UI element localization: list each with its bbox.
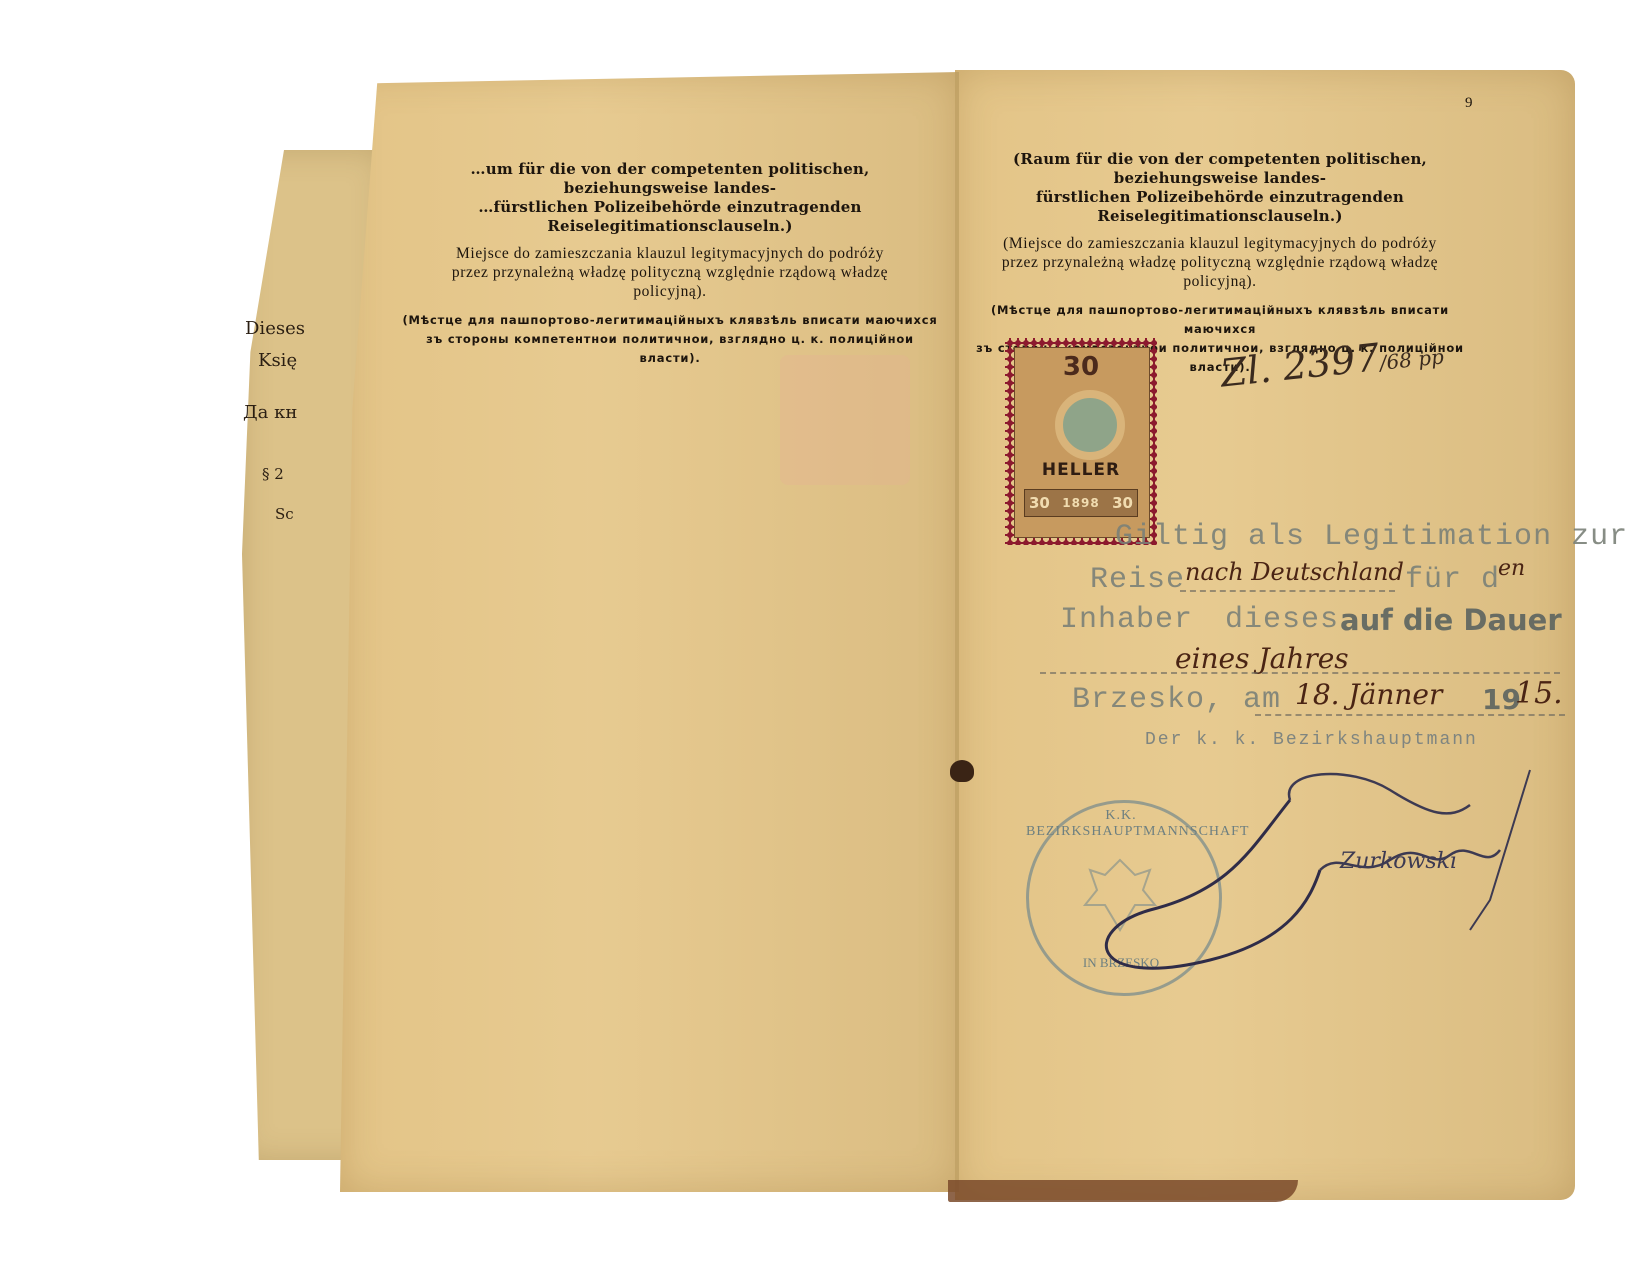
stamp-value-left: 30 [1029,494,1050,512]
text-line: …fürstlichen Polizeibehörde einzutragend… [400,198,940,236]
text-line: fürstlichen Polizeibehörde einzutragende… [960,188,1480,226]
stamp-year-band: 30 1898 30 [1024,489,1138,517]
stamp-line-3-bold: auf die Dauer [1340,603,1562,637]
handwritten-year: 15. [1515,676,1563,711]
fragment-text: Księ [258,350,297,371]
header-german: (Raum für die von der competenten politi… [960,150,1480,226]
text-line: (Мѣстце для пашпортово-легитимаційныхъ к… [400,311,940,330]
stamp-denomination: HELLER [1014,460,1148,480]
left-page-header: …um für die von der competenten politisc… [400,160,940,368]
text-line: przez przynależną władzę polityczną wzgl… [400,263,940,282]
text-line: (Raum für die von der competenten politi… [960,150,1480,188]
faded-offset-mark [780,355,910,485]
header-polish: (Miejsce do zamieszczania klauzul legity… [960,234,1480,291]
text-line: зъ стороны компетентнои политичнои, взгл… [400,330,940,349]
stamp-value-right: 30 [1112,494,1133,512]
official-title: Der k. k. Bezirkshauptmann [1145,730,1478,750]
fragment-text: Да кн [243,402,297,423]
signature-name: Zurkowski [1339,849,1457,874]
fragment-text: Sc [275,505,294,523]
worn-cover-edge [948,1180,1298,1202]
stamp-value: 30 [1014,352,1148,382]
signature-scribble: Zurkowski [1090,760,1550,980]
stamp-year: 1898 [1062,496,1099,510]
fill-line [1040,672,1560,674]
handwritten-article: en [1498,556,1525,581]
fill-line [1255,714,1565,716]
fragment-text: Dieses [245,318,305,339]
header-ruthenian: (Мѣстце для пашпортово-легитимаційныхъ к… [400,311,940,368]
text-line: …um für die von der competenten politisc… [400,160,940,198]
reference-suffix: /68 pp [1379,344,1445,375]
stamp-line-1: Giltig als Legitimation zur [1115,520,1628,554]
book-gutter [955,72,959,1192]
stamp-place: Brzesko, am [1072,683,1281,717]
passport-spread: Dieses Księ Да кн § 2 Sc …um für die von… [0,0,1650,1275]
handwritten-date: 18. Jänner [1295,678,1442,711]
text-line: przez przynależną władzę polityczną wzgl… [960,253,1480,272]
fragment-text: § 2 [262,465,284,483]
emperor-portrait-icon [1055,390,1125,460]
header-polish: Miejsce do zamieszczania klauzul legitym… [400,244,940,301]
text-line: (Miejsce do zamieszczania klauzul legity… [960,234,1480,253]
text-line: власти). [400,349,940,368]
binding-hole [950,760,974,782]
text-line: Miejsce do zamieszczania klauzul legitym… [400,244,940,263]
stamp-line-3-mid: dieses [1225,603,1339,637]
stamp-line-3-prefix: Inhaber [1060,603,1193,637]
stamp-line-2-prefix: Reise [1090,563,1185,597]
handwritten-destination: nach Deutschland [1185,558,1404,586]
header-german: …um für die von der competenten politisc… [400,160,940,236]
handwritten-duration: eines Jahres [1175,642,1349,675]
fill-line [1180,590,1395,592]
text-line: policyjną). [400,282,940,301]
text-line: policyjną). [960,272,1480,291]
stamp-line-2-suffix: für d [1405,563,1500,597]
page-number: 9 [1465,95,1473,112]
